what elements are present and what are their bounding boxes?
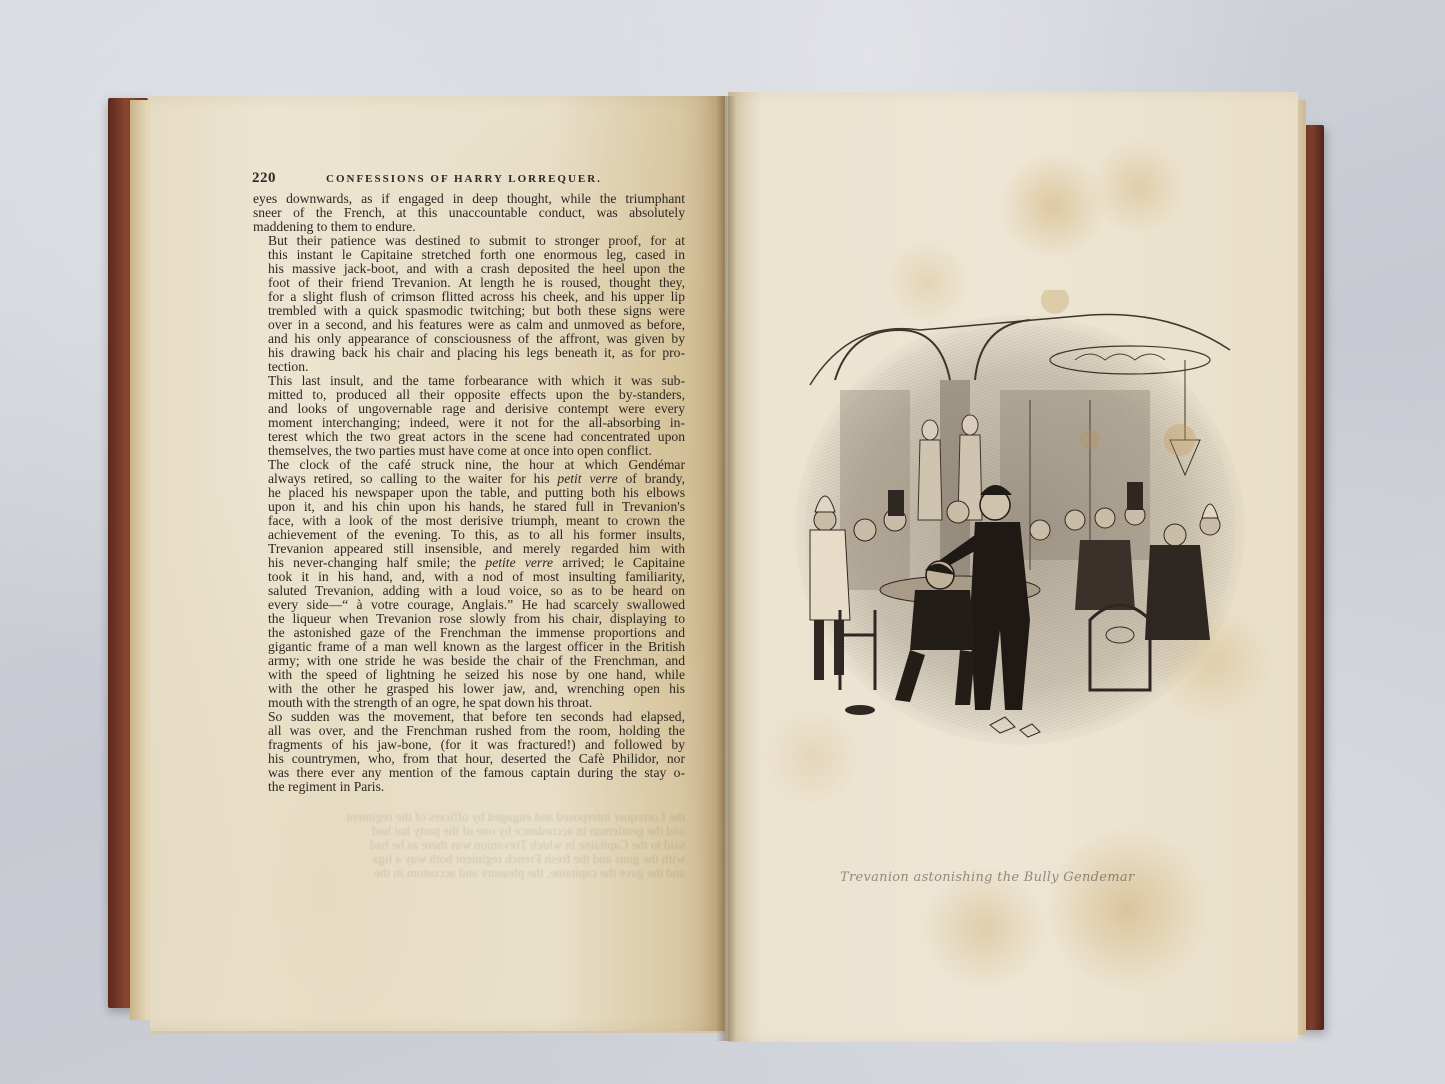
- text-line: he placed his newspaper upon the table, …: [253, 486, 685, 500]
- text-line: his never-changing half smile; the petit…: [253, 556, 685, 570]
- text-line: face, with a look of the most derisive t…: [253, 514, 685, 528]
- text-line: mitted to, produced all their opposite e…: [253, 388, 685, 402]
- text-line: mouth with the strength of an ogre, he s…: [253, 696, 685, 710]
- bleed-line: and the gentleman in accordance by one o…: [255, 824, 685, 838]
- text-line: sneer of the French, at this unaccountab…: [253, 206, 685, 220]
- text-line: was there ever any mention of the famous…: [253, 766, 685, 780]
- running-title: CONFESSIONS OF HARRY LORREQUER.: [326, 173, 602, 185]
- text-line: This last insult, and the tame forbearan…: [253, 374, 685, 388]
- paragraph: eyes downwards, as if engaged in deep th…: [253, 192, 685, 234]
- text-line: maddening to them to endure.: [253, 220, 685, 234]
- paragraph: This last insult, and the tame forbearan…: [253, 374, 685, 458]
- text-line: upon it, and his chin upon his hands, he…: [253, 500, 685, 514]
- text-line: his massive jack-boot, and with a crash …: [253, 262, 685, 276]
- body-text: eyes downwards, as if engaged in deep th…: [253, 192, 685, 794]
- text-line: foot of their friend Trevanion. At lengt…: [253, 276, 685, 290]
- text-line: and his only appearance of consciousness…: [253, 332, 685, 346]
- text-line: the astonished gaze of the Frenchman the…: [253, 626, 685, 640]
- text-line: The clock of the café struck nine, the h…: [253, 458, 685, 472]
- text-line: themselves, the two parties must have co…: [253, 444, 685, 458]
- engraving-svg: [790, 290, 1250, 750]
- text-line: tection.: [253, 360, 685, 374]
- paragraph: The clock of the café struck nine, the h…: [253, 458, 685, 710]
- text-line: with the other he grasped his lower jaw,…: [253, 682, 685, 696]
- text-line: Trevanion appeared still insensible, and…: [253, 542, 685, 556]
- bleed-line: with the guns and the fresh French regim…: [255, 852, 685, 866]
- illustration-caption: Trevanion astonishing the Bully Gendemar: [840, 870, 1220, 885]
- text-line: his countrymen, who, from that hour, des…: [253, 752, 685, 766]
- text-line: over in a second, and his features were …: [253, 318, 685, 332]
- text-line: trembled with a quick spasmodic twitchin…: [253, 304, 685, 318]
- text-line: every side—“ à votre courage, Anglais.” …: [253, 598, 685, 612]
- text-line: with the speed of lightning he seized hi…: [253, 668, 685, 682]
- text-line: saluted Trevanion, adding with a loud vo…: [253, 584, 685, 598]
- text-line: the liqueur when Trevanion rose slowly f…: [253, 612, 685, 626]
- bleed-through-text: the Lorrequer interposed and engaged by …: [255, 810, 685, 880]
- text-line: eyes downwards, as if engaged in deep th…: [253, 192, 685, 206]
- paragraph: So sudden was the movement, that before …: [253, 710, 685, 794]
- text-line: gigantic frame of a man well known as th…: [253, 640, 685, 654]
- text-line: So sudden was the movement, that before …: [253, 710, 685, 724]
- page-number: 220: [252, 170, 276, 187]
- engraving-illustration: [790, 290, 1250, 750]
- text-line: moment interchanging; indeed, were it no…: [253, 416, 685, 430]
- text-line: But their patience was destined to submi…: [253, 234, 685, 248]
- bleed-line: and the gave the capitaine, the pleasure…: [255, 866, 685, 880]
- text-line: the regiment in Paris.: [253, 780, 685, 794]
- book-gutter: [716, 96, 736, 1041]
- text-line: terest which the two great actors in the…: [253, 430, 685, 444]
- text-line: achievement of the evening. To this, as …: [253, 528, 685, 542]
- running-head: 220 CONFESSIONS OF HARRY LORREQUER.: [252, 170, 682, 187]
- text-line: all was over, and the Frenchman rushed f…: [253, 724, 685, 738]
- text-line: fragments of his jaw-bone, (for it was f…: [253, 738, 685, 752]
- bleed-line: said to the Capitaine in which Trevanion…: [255, 838, 685, 852]
- text-line: and looks of ungovernable rage and deris…: [253, 402, 685, 416]
- text-line: for a slight flush of crimson flitted ac…: [253, 290, 685, 304]
- bleed-line: the Lorrequer interposed and engaged by …: [255, 810, 685, 824]
- paragraph: But their patience was destined to submi…: [253, 234, 685, 374]
- text-line: army; with one stride he was beside the …: [253, 654, 685, 668]
- text-line: his drawing back his chair and placing h…: [253, 346, 685, 360]
- text-line: took it in his hand, and, with a nod of …: [253, 570, 685, 584]
- text-line: always retired, so calling to the waiter…: [253, 472, 685, 486]
- photo-scene: 220 CONFESSIONS OF HARRY LORREQUER. eyes…: [0, 0, 1445, 1084]
- text-line: this instant le Capitaine stretched fort…: [253, 248, 685, 262]
